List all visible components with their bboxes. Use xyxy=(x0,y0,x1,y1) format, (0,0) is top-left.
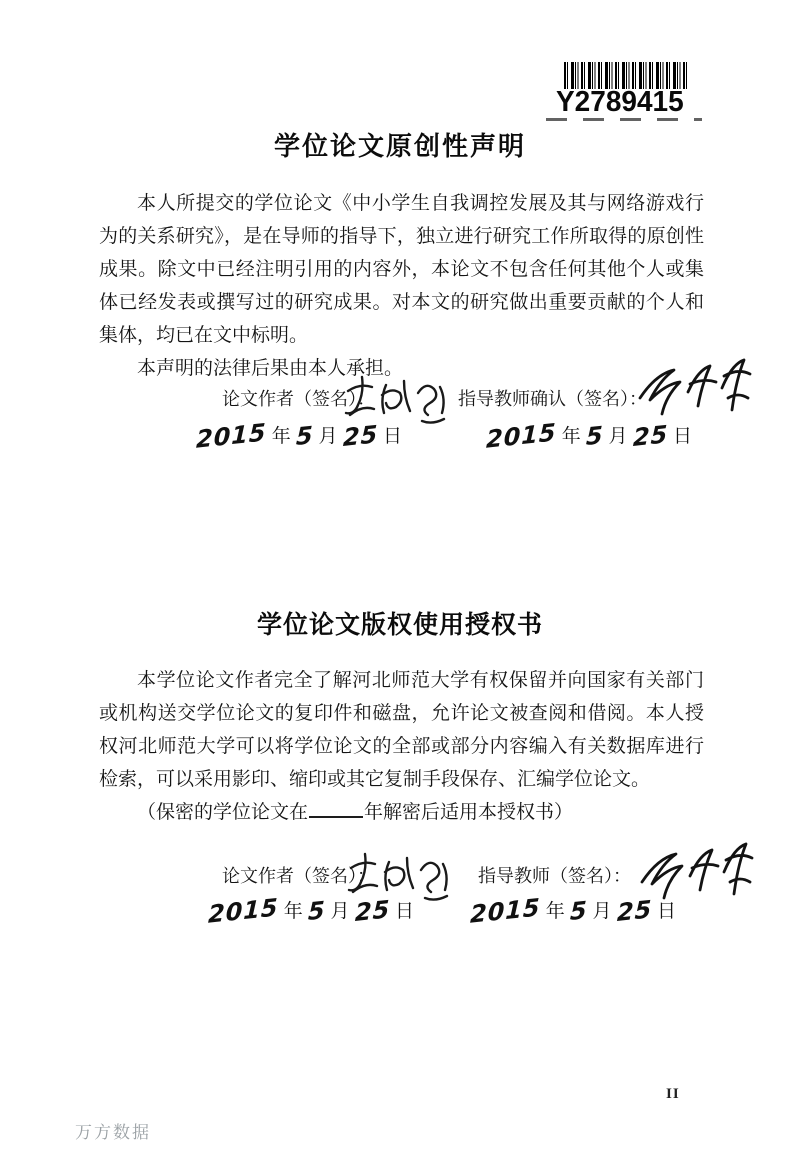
supervisor-sign-label: 指导教师（签名）： xyxy=(478,862,631,888)
date-month: 5 xyxy=(569,898,587,924)
authorization-title: 学位论文版权使用授权书 xyxy=(0,605,800,641)
thesis-declaration-page: Y2789415 学位论文原创性声明 本人所提交的学位论文《中小学生自我调控发展… xyxy=(0,0,800,1168)
page-number: II xyxy=(666,1086,680,1103)
secrecy-clause: （保密的学位论文在年解密后适用本授权书） xyxy=(99,796,704,829)
supervisor-sign-date: 2015年5月25日 xyxy=(486,421,697,448)
date-month: 5 xyxy=(307,898,325,924)
date-day: 25 xyxy=(354,897,390,925)
date-month-label: 月 xyxy=(331,901,350,922)
author-sign-date: 2015年5月25日 xyxy=(208,896,419,923)
date-day-label: 日 xyxy=(383,426,402,447)
date-day-label: 日 xyxy=(657,901,676,922)
date-day-label: 日 xyxy=(673,426,692,447)
date-month-label: 月 xyxy=(319,426,338,447)
date-month: 5 xyxy=(295,423,313,449)
date-year: 2015 xyxy=(196,420,267,452)
wanfang-watermark: 万方数据 xyxy=(75,1118,151,1143)
declaration-title: 学位论文原创性声明 xyxy=(0,126,800,163)
date-year-label: 年 xyxy=(272,426,291,447)
author-sign-date: 2015年5月25日 xyxy=(196,421,407,448)
supervisor-sign-date: 2015年5月25日 xyxy=(470,896,681,923)
declaration-body: 本人所提交的学位论文《中小学生自我调控发展及其与网络游戏行为的关系研究》，是在导… xyxy=(99,187,704,385)
date-day: 25 xyxy=(342,422,378,450)
date-year-label: 年 xyxy=(562,426,581,447)
secrecy-suffix: 年解密后适用本授权书） xyxy=(364,802,573,823)
authorization-paragraph: 本学位论文作者完全了解河北师范大学有权保留并向国家有关部门或机构送交学位论文的复… xyxy=(99,664,704,796)
date-year: 2015 xyxy=(470,895,541,927)
tear-line xyxy=(546,118,702,121)
date-day: 25 xyxy=(632,422,668,450)
date-month-label: 月 xyxy=(593,901,612,922)
barcode-block: Y2789415 xyxy=(556,62,706,121)
date-day: 25 xyxy=(616,897,652,925)
supervisor-sign-label: 指导教师确认（签名）： xyxy=(458,385,647,411)
barcode-number: Y2789415 xyxy=(556,89,706,116)
secrecy-prefix: （保密的学位论文在 xyxy=(137,802,308,823)
declaration-paragraph: 本人所提交的学位论文《中小学生自我调控发展及其与网络游戏行为的关系研究》，是在导… xyxy=(99,187,704,352)
date-year-label: 年 xyxy=(546,901,565,922)
date-year-label: 年 xyxy=(284,901,303,922)
secrecy-blank-line xyxy=(309,801,363,818)
date-year: 2015 xyxy=(208,895,279,927)
date-day-label: 日 xyxy=(395,901,414,922)
date-month: 5 xyxy=(585,423,603,449)
date-year: 2015 xyxy=(486,420,557,452)
authorization-body: 本学位论文作者完全了解河北师范大学有权保留并向国家有关部门或机构送交学位论文的复… xyxy=(99,664,704,829)
supervisor-signature xyxy=(636,356,756,422)
date-month-label: 月 xyxy=(609,426,628,447)
